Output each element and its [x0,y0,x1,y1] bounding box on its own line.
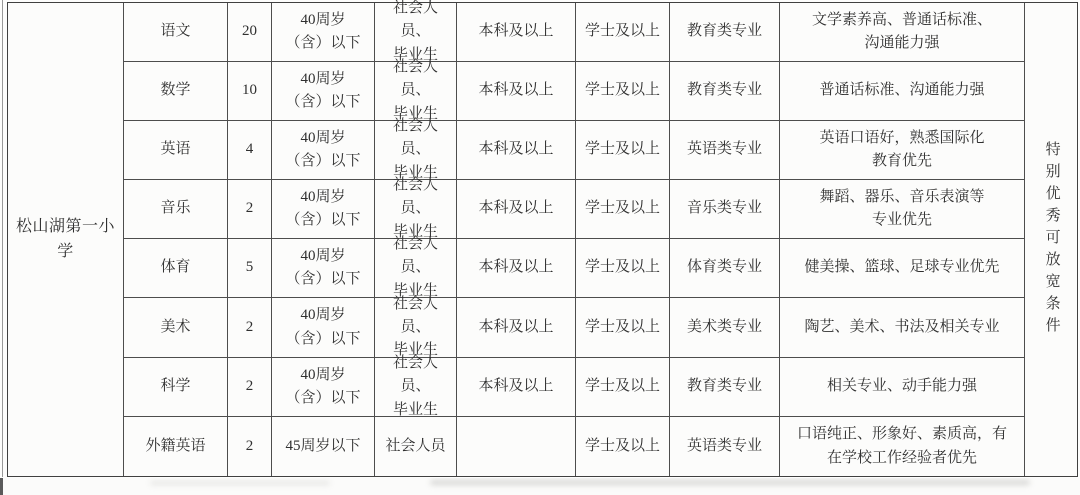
age-cell: 40周岁 （含）以下 [272,3,374,61]
count-cell: 10 [228,62,271,120]
education-cell: 本科及以上 [457,3,575,61]
age-cell: 40周岁 （含）以下 [272,239,374,297]
major-cell: 美术类专业 [670,298,779,357]
blurred-text-smudge [430,480,1030,485]
degree-cell: 学士及以上 [576,298,669,357]
scan-edge-mark [0,478,3,495]
requirements-cell: 英语口语好，熟悉国际化 教育优先 [780,121,1024,179]
major-cell: 教育类专业 [670,3,779,61]
education-cell: 本科及以上 [457,62,575,120]
age-cell: 40周岁 （含）以下 [272,62,374,120]
count-cell: 20 [228,3,271,61]
degree-cell: 学士及以上 [576,3,669,61]
subject-cell: 外籍英语 [124,417,227,476]
requirements-cell: 普通话标准、沟通能力强 [780,62,1024,120]
person-type-cell: 社会人员、 毕业生 [375,298,456,357]
education-cell: 本科及以上 [457,239,575,297]
requirements-cell: 舞蹈、器乐、音乐表演等 专业优先 [780,180,1024,238]
count-cell: 4 [228,121,271,179]
education-cell: 本科及以上 [457,298,575,357]
subject-cell: 科学 [124,358,227,416]
school-name-cell: 松山湖第一小学 [8,3,123,476]
person-type-cell: 社会人员、 毕业生 [375,121,456,179]
major-cell: 音乐类专业 [670,180,779,238]
blurred-text-smudge [150,481,330,485]
count-cell: 2 [228,358,271,416]
major-cell: 教育类专业 [670,62,779,120]
age-cell: 40周岁 （含）以下 [272,358,374,416]
requirements-cell: 健美操、篮球、足球专业优先 [780,239,1024,297]
subject-cell: 美术 [124,298,227,357]
requirements-cell: 口语纯正、形象好、素质高，有 在学校工作经验者优先 [780,417,1024,476]
scanned-recruitment-table-page: 松山湖第一小学 特别优秀可放宽条件 语文 20 40周岁 （含）以下 社会人员、… [0,0,1080,495]
degree-cell: 学士及以上 [576,180,669,238]
education-cell: 本科及以上 [457,180,575,238]
age-cell: 40周岁 （含）以下 [272,298,374,357]
degree-cell: 学士及以上 [576,358,669,416]
major-cell: 体育类专业 [670,239,779,297]
degree-cell: 学士及以上 [576,62,669,120]
cutoff-next-row-strip [0,478,1080,495]
subject-cell: 数学 [124,62,227,120]
education-cell: 本科及以上 [457,121,575,179]
count-cell: 5 [228,239,271,297]
count-cell: 2 [228,180,271,238]
education-cell [457,417,575,476]
requirements-cell: 陶艺、美术、书法及相关专业 [780,298,1024,357]
subject-cell: 音乐 [124,180,227,238]
degree-cell: 学士及以上 [576,121,669,179]
major-cell: 英语类专业 [670,417,779,476]
age-cell: 45周岁以下 [272,417,374,476]
subject-cell: 体育 [124,239,227,297]
requirements-cell: 文学素养高、普通话标准、 沟通能力强 [780,3,1024,61]
person-type-cell: 社会人员、 毕业生 [375,358,456,416]
person-type-cell: 社会人员、 毕业生 [375,62,456,120]
person-type-cell: 社会人员、 毕业生 [375,180,456,238]
requirements-cell: 相关专业、动手能力强 [780,358,1024,416]
count-cell: 2 [228,298,271,357]
recruitment-table: 松山湖第一小学 特别优秀可放宽条件 语文 20 40周岁 （含）以下 社会人员、… [7,2,1078,477]
special-note-text: 特别优秀可放宽条件 [1039,141,1062,339]
degree-cell: 学士及以上 [576,417,669,476]
education-cell: 本科及以上 [457,358,575,416]
degree-cell: 学士及以上 [576,239,669,297]
page-edge-line [2,0,3,477]
count-cell: 2 [228,417,271,476]
subject-cell: 英语 [124,121,227,179]
special-note-cell: 特别优秀可放宽条件 [1025,3,1077,476]
major-cell: 教育类专业 [670,358,779,416]
person-type-cell: 社会人员 [375,417,456,476]
subject-cell: 语文 [124,3,227,61]
person-type-cell: 社会人员、 毕业生 [375,239,456,297]
person-type-cell: 社会人员、 毕业生 [375,3,456,61]
age-cell: 40周岁 （含）以下 [272,121,374,179]
major-cell: 英语类专业 [670,121,779,179]
age-cell: 40周岁 （含）以下 [272,180,374,238]
